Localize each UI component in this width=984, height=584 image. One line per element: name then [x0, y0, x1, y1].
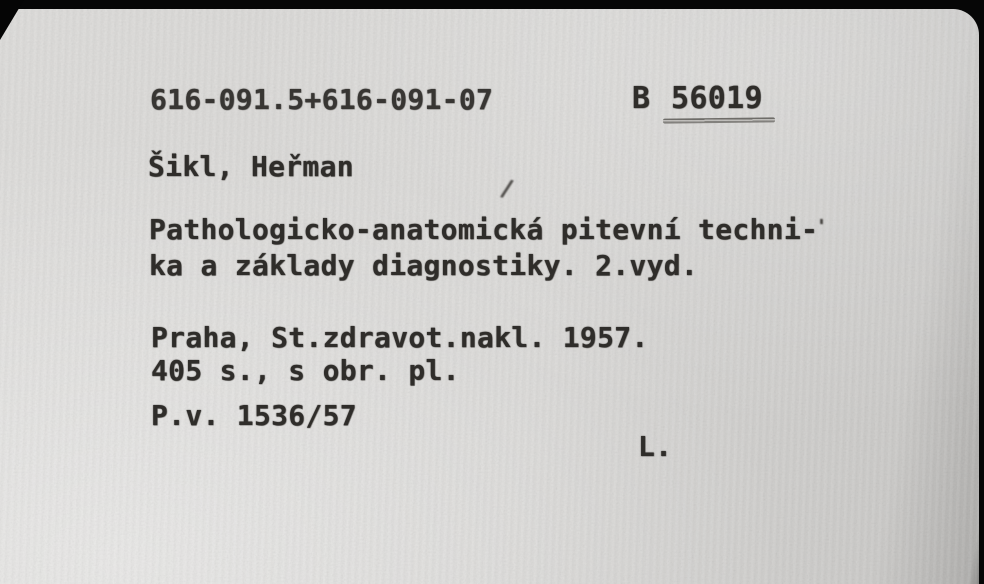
- imprint-line-2: 405 s., s obr. pl.: [151, 356, 460, 386]
- imprint-line-1: Praha, St.zdravot.nakl. 1957.: [151, 323, 649, 353]
- call-number-prefix: B: [632, 84, 650, 114]
- author-line: Šikl, Heřman: [148, 152, 354, 182]
- catalog-card: 616-091.5+616-091-07 B 56019 Šikl, Heřma…: [0, 9, 979, 584]
- title-line-1: Pathologicko-anatomická pitevní techni-: [149, 215, 818, 245]
- title-line-2: ka a základy diagnostiky. 2.vyd.: [149, 251, 698, 281]
- scanned-catalog-card-image: 616-091.5+616-091-07 B 56019 Šikl, Heřma…: [0, 0, 984, 584]
- classification-number: 616-091.5+616-091-07: [150, 85, 493, 115]
- cataloguer-initial: L.: [638, 432, 672, 462]
- registration-number: P.v. 1536/57: [151, 401, 357, 431]
- stray-mark-dot: ': [816, 212, 827, 242]
- stray-mark-slash: /: [498, 174, 516, 206]
- call-number-underline: [663, 117, 775, 123]
- call-number: 56019: [671, 84, 763, 114]
